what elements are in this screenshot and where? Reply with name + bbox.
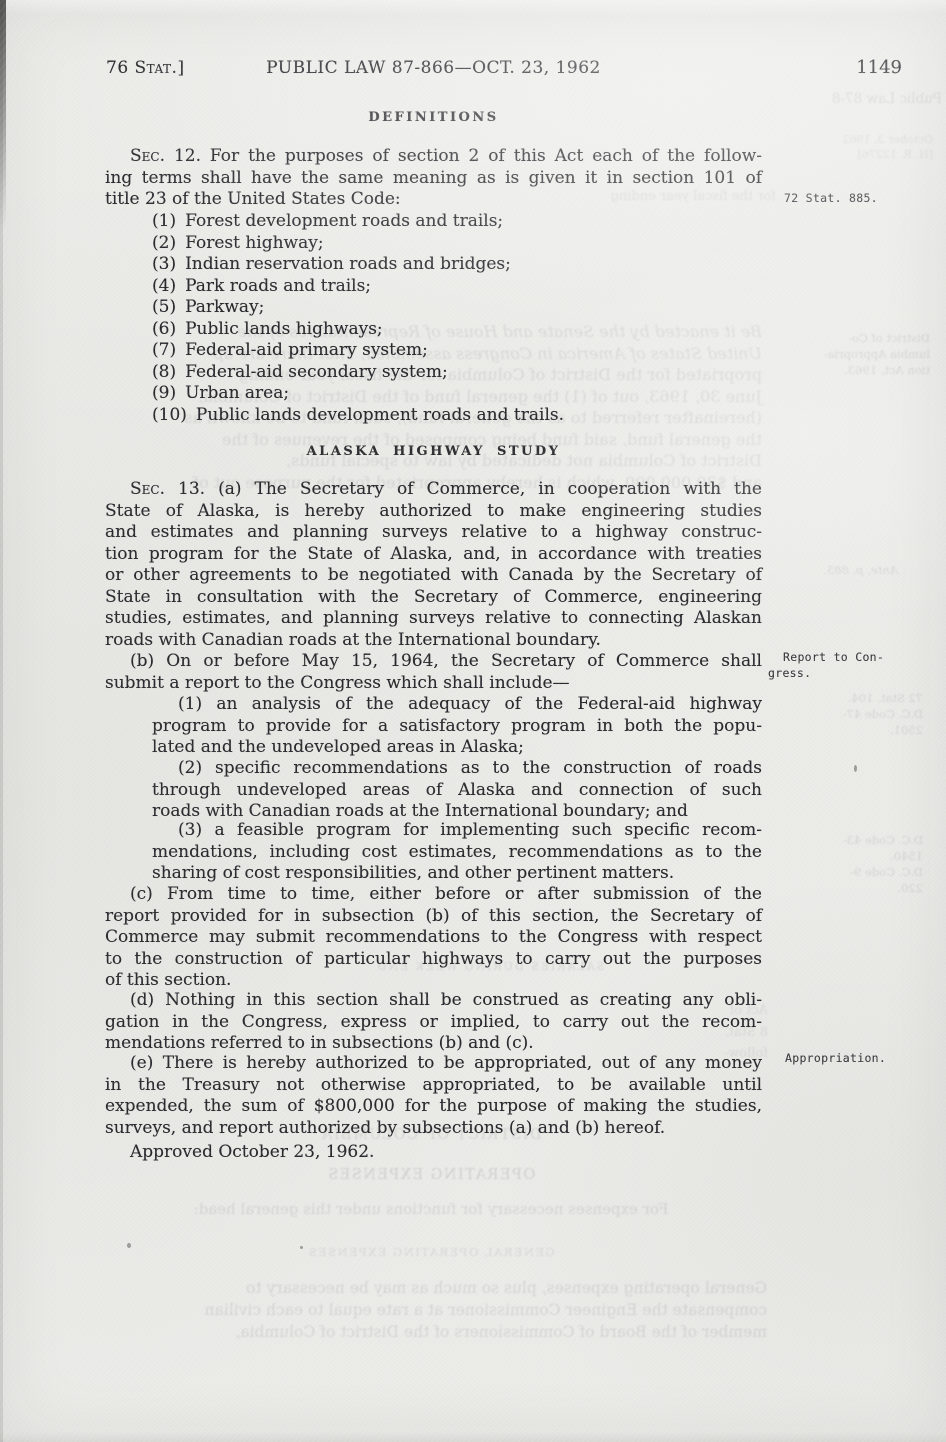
margin-note: Appropriation. <box>768 1050 940 1066</box>
bleed-through-line: [H. R. 12276] <box>815 147 933 162</box>
bleed-through-line: District of Co- <box>772 330 930 346</box>
text-line: studies, estimates, and planning surveys… <box>105 608 762 630</box>
list-item-text: Urban area; <box>185 383 289 403</box>
scan-speck <box>300 1246 303 1249</box>
list-item-number: (7) <box>152 340 176 362</box>
bleed-through-line: tion Act, 1963. <box>772 362 930 378</box>
list-item: (4)Park roads and trails; <box>152 276 756 298</box>
paragraph: (2) specific recommendations as to the c… <box>152 758 762 823</box>
numbered-list: (1)Forest development roads and trails;(… <box>152 211 756 426</box>
text-line: Sec. 12. For the purposes of section 2 o… <box>105 146 762 168</box>
margin-note-line: Report to Con- <box>768 649 940 665</box>
list-item-text: Federal-aid primary system; <box>185 340 428 360</box>
text-line: (d) Nothing in this section shall be con… <box>105 990 762 1012</box>
list-item-number: (9) <box>152 383 176 405</box>
bleed-through-line: 220. <box>778 880 923 896</box>
list-item-number: (4) <box>152 276 176 298</box>
section-heading: DEFINITIONS <box>105 110 762 125</box>
bleed-through-text: Ante, p. 885. <box>788 563 898 579</box>
text-line: Approved October 23, 1962. <box>105 1142 762 1164</box>
bleed-through-line: compensate the Engineer Commissioner at … <box>95 1299 767 1321</box>
list-item-number: (1) <box>152 211 176 233</box>
scan-speck <box>127 1243 131 1248</box>
text-line: program to provide for a satisfactory pr… <box>152 716 762 738</box>
bleed-through-text: For expenses necessary for functions und… <box>95 1199 767 1219</box>
bleed-through-line: GENERAL OPERATING EXPENSES <box>95 1245 767 1261</box>
paragraph: (d) Nothing in this section shall be con… <box>105 990 762 1055</box>
text-line: tion program for the State of Alaska, an… <box>105 544 762 566</box>
text-line: mendations referred to in subsections (b… <box>105 1033 762 1055</box>
text-line: in the Treasury not otherwise appropriat… <box>105 1075 762 1097</box>
header-law-title: PUBLIC LAW 87-866—OCT. 23, 1962 <box>105 58 762 78</box>
text-line: through undeveloped areas of Alaska and … <box>152 780 762 802</box>
list-item-text: Forest development roads and trails; <box>185 211 503 231</box>
list-item: (2)Forest highway; <box>152 233 756 255</box>
bleed-through-line: Public Law 87-8 <box>752 90 942 108</box>
text-line: State of Alaska, is hereby authorized to… <box>105 501 762 523</box>
text-line: ing terms shall have the same meaning as… <box>105 168 762 190</box>
paragraph: (3) a feasible program for implementing … <box>152 820 762 885</box>
margin-note-line: 72 Stat. 885. <box>768 190 940 206</box>
list-item-text: Park roads and trails; <box>185 276 371 296</box>
text-line: gation in the Congress, express or impli… <box>105 1012 762 1034</box>
page: 76 Stat.] PUBLIC LAW 87-866—OCT. 23, 196… <box>0 0 946 1442</box>
list-item-number: (6) <box>152 319 176 341</box>
list-item-number: (10) <box>152 405 187 427</box>
paragraph: (b) On or before May 15, 1964, the Secre… <box>105 651 762 694</box>
list-item: (3)Indian reservation roads and bridges; <box>152 254 756 276</box>
bleed-through-line: member of the Board of Commissioners of … <box>95 1321 767 1343</box>
list-item: (10)Public lands development roads and t… <box>152 405 756 427</box>
margin-note-line: gress. <box>768 665 940 681</box>
text-line: Sec. 13. (a) The Secretary of Commerce, … <box>105 479 762 501</box>
list-item-text: Indian reservation roads and bridges; <box>185 254 511 274</box>
bleed-through-line: lumbia Appropria- <box>772 346 930 362</box>
text-line: (1) an analysis of the adequacy of the F… <box>152 694 762 716</box>
text-line: to the construction of particular highwa… <box>105 949 762 971</box>
bleed-through-text: GENERAL OPERATING EXPENSES <box>95 1245 767 1261</box>
list-item: (9)Urban area; <box>152 383 756 405</box>
section-heading: ALASKA HIGHWAY STUDY <box>105 444 762 459</box>
text-line: (2) specific recommendations as to the c… <box>152 758 762 780</box>
bleed-through-line: October 3, 1962 <box>815 132 933 147</box>
text-line: lated and the undeveloped areas in Alask… <box>152 737 762 759</box>
list-item-text: Public lands highways; <box>185 319 383 339</box>
bleed-through-line: OPERATING EXPENSES <box>95 1166 767 1186</box>
text-line: (c) From time to time, either before or … <box>105 884 762 906</box>
bleed-through-text: 72 Stat. 104.D.C. Code 47-2501. <box>778 690 923 738</box>
list-item-number: (8) <box>152 362 176 384</box>
paragraph: Sec. 12. For the purposes of section 2 o… <box>105 146 762 211</box>
list-item-number: (2) <box>152 233 176 255</box>
bleed-through-line: General operating expenses, plus so much… <box>95 1277 767 1299</box>
bleed-through-line: 1540. <box>778 848 923 864</box>
list-item: (1)Forest development roads and trails; <box>152 211 756 233</box>
text-line: of this section. <box>105 970 762 992</box>
text-line: State in consultation with the Secretary… <box>105 587 762 609</box>
list-item-number: (5) <box>152 297 176 319</box>
list-item: (5)Parkway; <box>152 297 756 319</box>
text-line: surveys, and report authorized by subsec… <box>105 1118 762 1140</box>
margin-note-line: Appropriation. <box>768 1050 940 1066</box>
bleed-through-line: D.C. Code 43- <box>778 832 923 848</box>
paragraph: (1) an analysis of the adequacy of the F… <box>152 694 762 759</box>
bleed-through-line: D.C. Code 47- <box>778 706 923 722</box>
list-item-text: Parkway; <box>185 297 264 317</box>
list-item-text: Forest highway; <box>185 233 323 253</box>
page-edge-left-shadow <box>0 0 6 230</box>
text-line: expended, the sum of $800,000 for the pu… <box>105 1096 762 1118</box>
text-line: title 23 of the United States Code: <box>105 189 762 211</box>
text-line: or other agreements to be negotiated wit… <box>105 565 762 587</box>
text-line: and estimates and planning surveys relat… <box>105 522 762 544</box>
paragraph: Sec. 13. (a) The Secretary of Commerce, … <box>105 479 762 651</box>
text-line: submit a report to the Congress which sh… <box>105 673 762 695</box>
header-page-number: 1149 <box>856 57 902 78</box>
bleed-through-line: Ante, p. 885. <box>788 563 898 579</box>
page-edge-bottom <box>0 1432 946 1442</box>
bleed-through-line: 72 Stat. 104. <box>778 690 923 706</box>
text-line: Commerce may submit recommendations to t… <box>105 927 762 949</box>
paragraph: (c) From time to time, either before or … <box>105 884 762 992</box>
list-item: (7)Federal-aid primary system; <box>152 340 756 362</box>
list-item-text: Federal-aid secondary system; <box>185 362 448 382</box>
bleed-through-line: For expenses necessary for functions und… <box>95 1199 767 1219</box>
bleed-through-line: D.C. Code 9- <box>778 864 923 880</box>
bleed-through-text: October 3, 1962[H. R. 12276] <box>815 132 933 162</box>
text-line: roads with Canadian roads at the Interna… <box>105 630 762 652</box>
text-line: (e) There is hereby authorized to be app… <box>105 1053 762 1075</box>
paragraph: (e) There is hereby authorized to be app… <box>105 1053 762 1139</box>
margin-note: 72 Stat. 885. <box>768 190 940 206</box>
list-item-text: Public lands development roads and trail… <box>196 405 564 425</box>
list-item: (6)Public lands highways; <box>152 319 756 341</box>
list-item-number: (3) <box>152 254 176 276</box>
text-line: (3) a feasible program for implementing … <box>152 820 762 842</box>
bleed-through-text: D.C. Code 43-1540.D.C. Code 9-220. <box>778 832 923 896</box>
paragraph: Approved October 23, 1962. <box>105 1142 762 1164</box>
page-edge-top <box>0 0 946 14</box>
bleed-through-text: Public Law 87-8 <box>752 90 942 108</box>
text-line: sharing of cost responsibilities, and ot… <box>152 863 762 885</box>
bleed-through-text: OPERATING EXPENSES <box>95 1166 767 1186</box>
text-line: report provided for in subsection (b) of… <box>105 906 762 928</box>
bleed-through-text: District of Co-lumbia Appropria-tion Act… <box>772 330 930 378</box>
bleed-through-line: 2501. <box>778 722 923 738</box>
bleed-through-text: General operating expenses, plus so much… <box>95 1277 767 1343</box>
text-line: (b) On or before May 15, 1964, the Secre… <box>105 651 762 673</box>
scan-speck <box>854 765 857 772</box>
margin-note: Report to Con-gress. <box>768 649 940 681</box>
list-item: (8)Federal-aid secondary system; <box>152 362 756 384</box>
text-line: mendations, including cost estimates, re… <box>152 842 762 864</box>
